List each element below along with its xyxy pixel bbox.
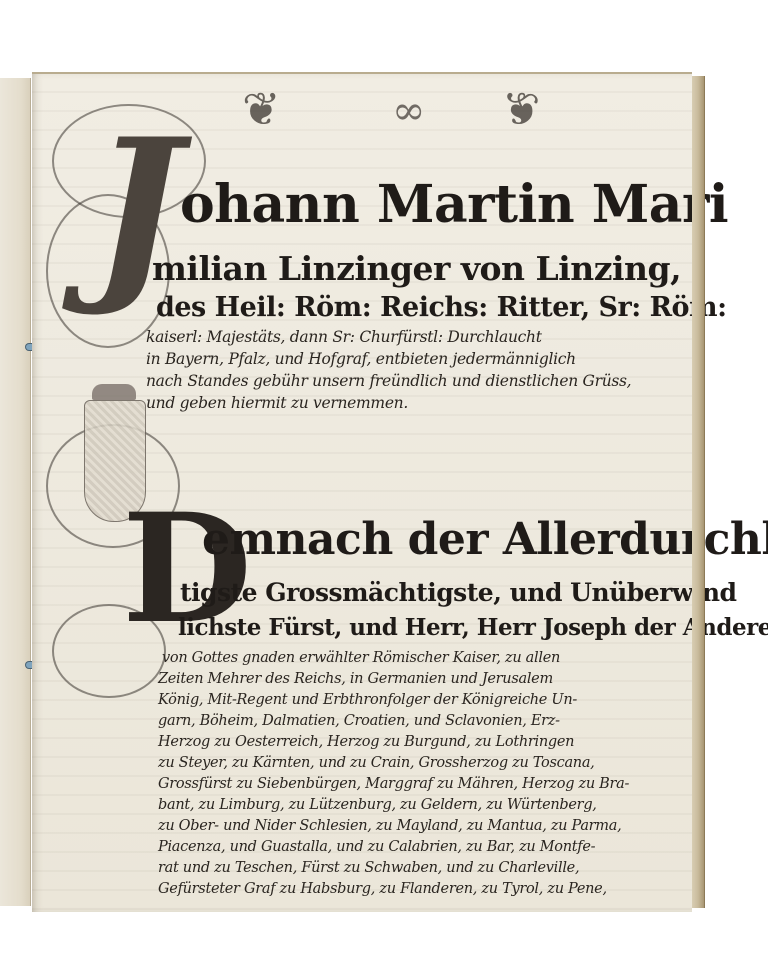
body-text-line: König, Mit-Regent und Erbthronfolger der… (158, 692, 577, 708)
heading-line: emnach der Allerdurchlauch (202, 514, 768, 565)
ornament-swirl-icon: ∞ (392, 88, 425, 134)
body-text-line: nach Standes gebühr unsern freündlich un… (146, 372, 631, 390)
open-book: ❦ ∞ ❦ J ohann Martin Mari milian Linzing… (0, 72, 710, 910)
body-text-line: Zeiten Mehrer des Reichs, in Germanien u… (158, 671, 553, 687)
heading-line: tigste Grossmächtigste, und Unüberwind (180, 578, 737, 607)
body-text-line: zu Ober- und Nider Schlesien, zu Mayland… (158, 818, 621, 834)
left-page-edge (0, 78, 31, 906)
crown-emblem (92, 384, 136, 400)
body-text-line: bant, zu Limburg, zu Lützenburg, zu Geld… (158, 797, 597, 813)
heading-line: lichste Fürst, und Herr, Herr Joseph der… (178, 614, 768, 641)
body-text-line: Grossfürst zu Siebenbürgen, Marggraf zu … (158, 776, 629, 792)
body-text-line: Herzog zu Oesterreich, Herzog zu Burgund… (158, 734, 574, 750)
heading-line: des Heil: Röm: Reichs: Ritter, Sr: Röm: (156, 292, 727, 323)
body-text-line: von Gottes gnaden erwählter Römischer Ka… (162, 650, 560, 666)
heading-line: milian Linzinger von Linzing, (152, 249, 681, 288)
page-stack-edge (692, 76, 705, 908)
ornament-scroll-icon: ❦ (502, 82, 541, 136)
body-text-line: Gefürsteter Graf zu Habsburg, zu Flander… (158, 881, 607, 897)
body-text-line: in Bayern, Pfalz, und Hofgraf, entbieten… (146, 350, 576, 368)
body-text-line: Piacenza, und Guastalla, und zu Calabrie… (158, 839, 595, 855)
heading-line: ohann Martin Mari (180, 174, 728, 235)
body-text-line: zu Steyer, zu Kärnten, und zu Crain, Gro… (158, 755, 594, 771)
body-text-line: und geben hiermit zu vernemmen. (146, 394, 408, 412)
body-text-line: kaiserl: Majestäts, dann Sr: Churfürstl:… (146, 328, 542, 346)
ornament-scroll-icon: ❦ (242, 82, 281, 136)
manuscript-page: ❦ ∞ ❦ J ohann Martin Mari milian Linzing… (32, 72, 692, 912)
body-text-line: rat und zu Teschen, Fürst zu Schwaben, u… (158, 860, 579, 876)
body-text-line: garn, Böheim, Dalmatien, Croatien, und S… (158, 713, 560, 729)
